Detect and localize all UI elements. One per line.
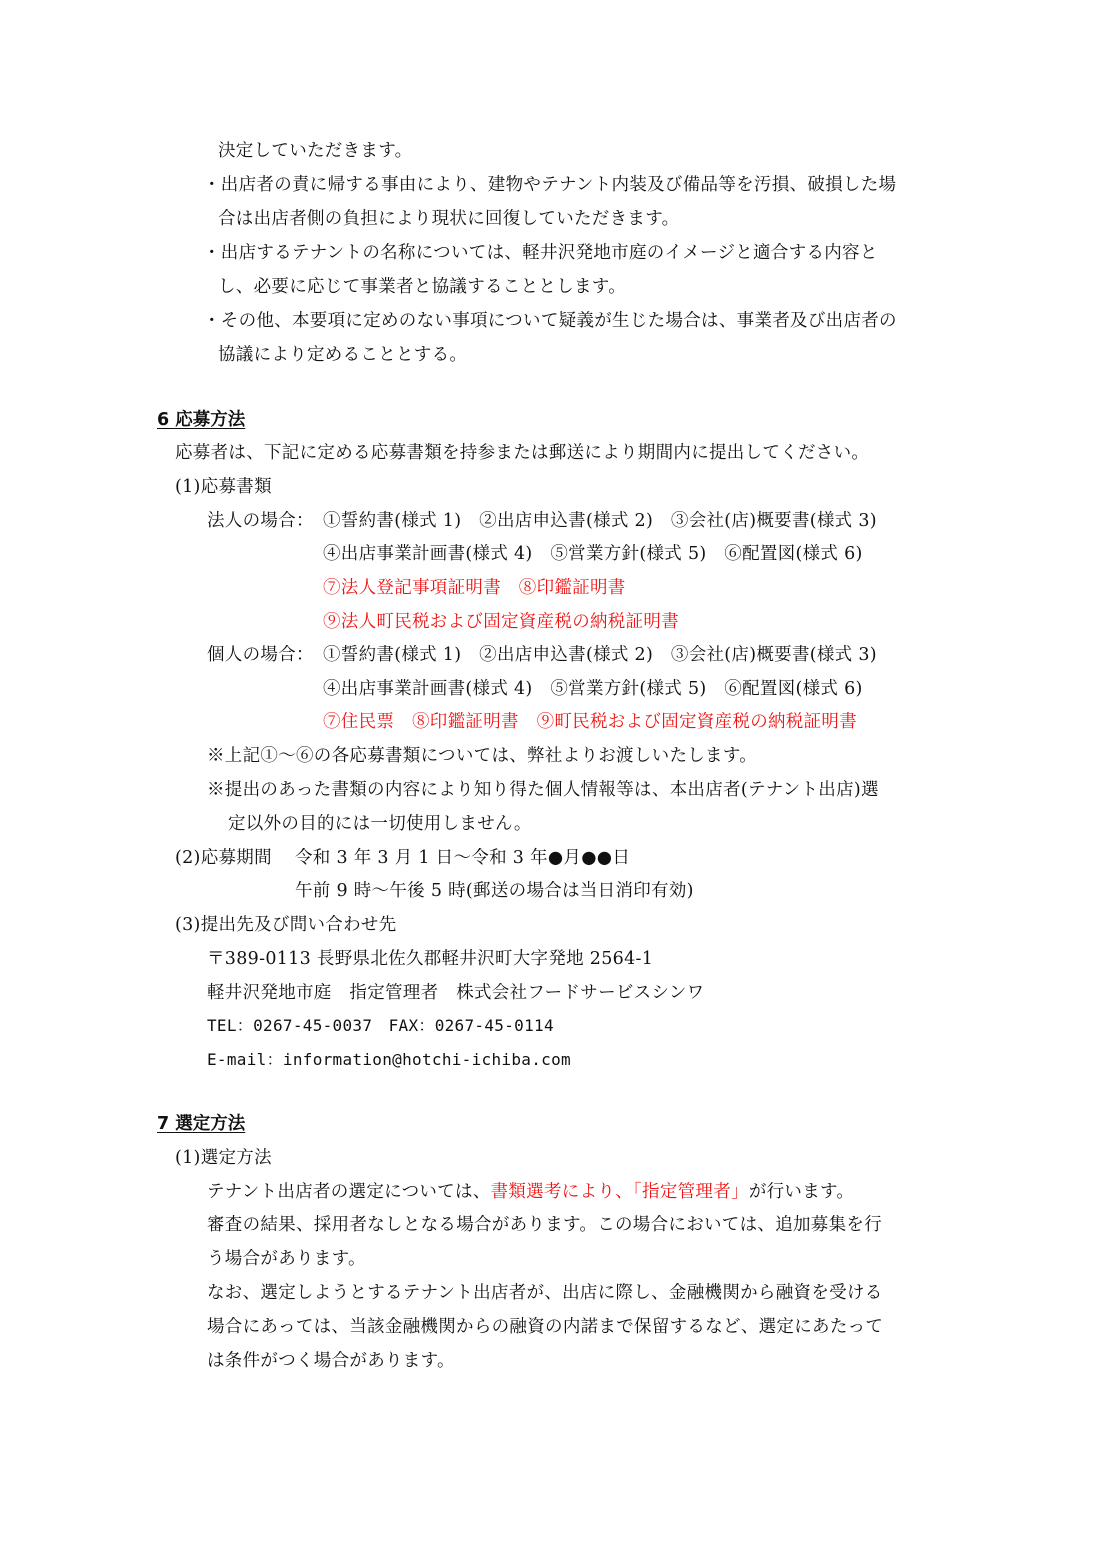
bullet-item: ・出店するテナントの名称については、軽井沢発地市庭のイメージと適合する内容と (203, 241, 878, 265)
corporate-docs-row4: ⑨法人町民税および固定資産税の納税証明書 (323, 610, 679, 634)
subsection-title-contact: (3)提出先及び問い合わせ先 (175, 913, 397, 937)
contact-email[interactable]: E-mail：information@hotchi-ichiba.com (207, 1048, 571, 1072)
bullet-item-cont: 協議により定めることとする。 (218, 343, 467, 367)
subsection-title-selection: (1)選定方法 (175, 1146, 272, 1170)
selection-text: が行います。 (749, 1182, 854, 1202)
section-heading-selection-method: 7 選定方法 (157, 1112, 245, 1136)
note-privacy-cont: 定以外の目的には一切使用しません。 (228, 812, 532, 836)
selection-paragraph-2: 審査の結果、採用者なしとなる場合があります。この場合においては、追加募集を行 (207, 1213, 882, 1237)
selection-text: テナント出店者の選定については、 (207, 1182, 491, 1202)
individual-docs-row3: ⑦住民票 ⑧印鑑証明書 ⑨町民税および固定資産税の納税証明書 (323, 710, 857, 734)
individual-label: 個人の場合： (207, 643, 314, 667)
contact-organization: 軽井沢発地市庭 指定管理者 株式会社フードサービスシンワ (207, 981, 704, 1005)
corporate-docs-row1: ①誓約書(様式 1) ②出店申込書(様式 2) ③会社(店)概要書(様式 3) (323, 509, 877, 533)
application-hours: 午前 9 時～午後 5 時(郵送の場合は当日消印有効) (295, 879, 694, 903)
subsection-title-documents: (1)応募書類 (175, 475, 272, 499)
note-documents-provided: ※上記①～⑥の各応募書類については、弊社よりお渡しいたします。 (207, 744, 757, 768)
bullet-item-cont: し、必要に応じて事業者と協議することとします。 (218, 275, 626, 299)
selection-paragraph-2-cont: う場合があります。 (207, 1247, 366, 1271)
individual-docs-row1: ①誓約書(様式 1) ②出店申込書(様式 2) ③会社(店)概要書(様式 3) (323, 643, 877, 667)
selection-paragraph-3: なお、選定しようとするテナント出店者が、出店に際し、金融機関から融資を受ける (207, 1281, 883, 1305)
bullet-item-cont: 合は出店者側の負担により現状に回復していただきます。 (218, 207, 679, 231)
note-privacy: ※提出のあった書類の内容により知り得た個人情報等は、本出店者(テナント出店)選 (207, 778, 879, 802)
corporate-docs-row3: ⑦法人登記事項証明書 ⑧印鑑証明書 (323, 576, 626, 600)
selection-paragraph-3-cont: 場合にあっては、当該金融機関からの融資の内諾まで保留するなど、選定にあたって (207, 1315, 883, 1339)
subsection-title-period: (2)応募期間 (175, 846, 272, 870)
individual-docs-row2: ④出店事業計画書(様式 4) ⑤営業方針(様式 5) ⑥配置図(様式 6) (323, 677, 863, 701)
corporate-label: 法人の場合： (207, 509, 314, 533)
section-heading-application-method: 6 応募方法 (157, 408, 245, 432)
contact-address: 〒389-0113 長野県北佐久郡軽井沢町大字発地 2564-1 (207, 947, 653, 971)
application-intro: 応募者は、下記に定める応募書類を持参または郵送により期間内に提出してください。 (175, 441, 869, 465)
selection-highlight: 書類選考により、「指定管理者」 (491, 1182, 749, 1202)
bullet-item: ・その他、本要項に定めのない事項について疑義が生じた場合は、事業者及び出店者の (203, 309, 897, 333)
bullet-item: ・出店者の責に帰する事由により、建物やテナント内装及び備品等を汚損、破損した場 (203, 173, 896, 197)
continuation-text: 決定していただきます。 (218, 139, 412, 163)
corporate-docs-row2: ④出店事業計画書(様式 4) ⑤営業方針(様式 5) ⑥配置図(様式 6) (323, 542, 863, 566)
application-period: 令和 3 年 3 月 1 日～令和 3 年●月●●日 (295, 846, 630, 870)
selection-paragraph-1: テナント出店者の選定については、書類選考により、「指定管理者」が行います。 (207, 1180, 854, 1204)
contact-phone-fax: TEL：0267-45-0037 FAX：0267-45-0114 (207, 1014, 554, 1038)
selection-paragraph-3-end: は条件がつく場合があります。 (207, 1349, 455, 1373)
